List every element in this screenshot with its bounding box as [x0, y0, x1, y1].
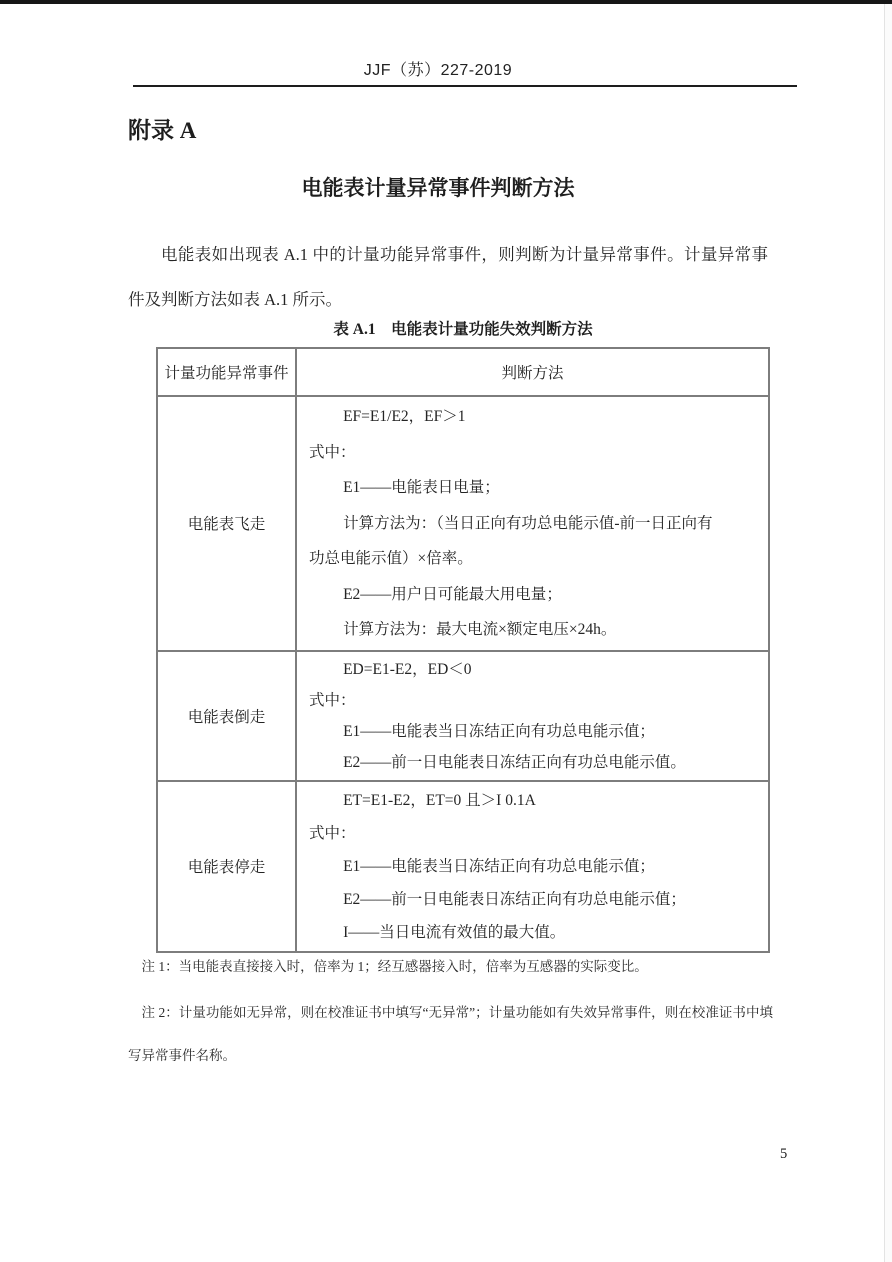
page-number: 5 [780, 1146, 787, 1163]
event-cell: 电能表停走 [157, 781, 296, 952]
method-line: E1——电能表日电量； [309, 470, 758, 506]
note-1: 注 1：当电能表直接接入时，倍率为 1；经互感器接入时，倍率为互感器的实际变比。 [128, 945, 773, 988]
table-row-meter-backward: 电能表倒走 ED=E1-E2，ED＜0 式中： E1——电能表当日冻结正向有功总… [157, 651, 769, 781]
event-cell: 电能表倒走 [157, 651, 296, 781]
note-2: 注 2：计量功能如无异常，则在校准证书中填写“无异常”；计量功能如有失效异常事件… [128, 991, 773, 1077]
method-line: 式中： [309, 685, 758, 716]
table-row-meter-stopped: 电能表停走 ET=E1-E2，ET=0 且＞I 0.1A 式中： E1——电能表… [157, 781, 769, 952]
table-row-meter-runaway: 电能表飞走 EF=E1/E2，EF＞1 式中： E1——电能表日电量； 计算方法… [157, 396, 769, 651]
event-cell: 电能表飞走 [157, 396, 296, 651]
method-line: 功总电能示值）×倍率。 [309, 541, 758, 577]
appendix-label: 附录 A [128, 112, 196, 145]
document-page: JJF（苏）227-2019 附录 A 电能表计量异常事件判断方法 电能表如出现… [0, 0, 892, 1262]
table-header-row: 计量功能异常事件 判断方法 [157, 348, 769, 396]
method-line: 计算方法为：最大电流×额定电压×24h。 [309, 612, 758, 648]
table-caption: 表 A.1 电能表计量功能失效判断方法 [156, 317, 770, 339]
page-header: JJF（苏）227-2019 [128, 57, 748, 80]
method-line: EF=E1/E2，EF＞1 [309, 399, 758, 435]
method-line: 式中： [309, 435, 758, 471]
col-header-event: 计量功能异常事件 [157, 348, 296, 396]
method-line: E2——用户日可能最大用电量； [309, 577, 758, 613]
method-line: ET=E1-E2，ET=0 且＞I 0.1A [309, 784, 758, 817]
intro-paragraph: 电能表如出现表 A.1 中的计量功能异常事件，则判断为计量异常事件。计量异常事件… [128, 232, 768, 322]
method-line: E1——电能表当日冻结正向有功总电能示值； [309, 850, 758, 883]
col-header-method: 判断方法 [296, 348, 769, 396]
header-rule [133, 85, 797, 87]
method-line: E2——前一日电能表日冻结正向有功总电能示值。 [309, 747, 758, 778]
judgment-method-table: 计量功能异常事件 判断方法 电能表飞走 EF=E1/E2，EF＞1 式中： E1… [156, 347, 770, 953]
method-line: E1——电能表当日冻结正向有功总电能示值； [309, 716, 758, 747]
method-cell: ET=E1-E2，ET=0 且＞I 0.1A 式中： E1——电能表当日冻结正向… [296, 781, 769, 952]
method-cell: ED=E1-E2，ED＜0 式中： E1——电能表当日冻结正向有功总电能示值； … [296, 651, 769, 781]
method-line: ED=E1-E2，ED＜0 [309, 654, 758, 685]
method-line: 式中： [309, 817, 758, 850]
page-title: 电能表计量异常事件判断方法 [128, 172, 748, 202]
method-line: 计算方法为：（当日正向有功总电能示值-前一日正向有 [309, 506, 758, 542]
method-cell: EF=E1/E2，EF＞1 式中： E1——电能表日电量； 计算方法为：（当日正… [296, 396, 769, 651]
method-line: E2——前一日电能表日冻结正向有功总电能示值； [309, 883, 758, 916]
scan-artifact-right-edge [884, 4, 892, 1262]
scan-artifact-top-bar [0, 0, 892, 4]
method-line: I——当日电流有效值的最大值。 [309, 916, 758, 949]
